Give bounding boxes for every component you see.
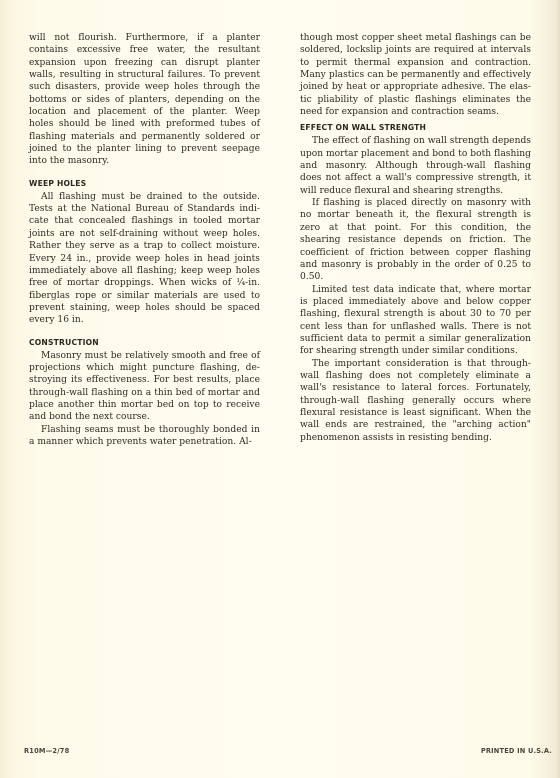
- wall-strength-paragraph-2: If flashing is placed directly on masonr…: [300, 197, 531, 283]
- effect-on-wall-strength-heading: EFFECT ON WALL STRENGTH: [300, 122, 531, 134]
- intro-paragraph: will not flourish. Furthermore, if a pla…: [29, 32, 260, 168]
- construction-paragraph-1: Masonry must be relatively smooth and fr…: [29, 350, 260, 424]
- document-code: R10M—2/78: [24, 747, 69, 755]
- left-column: will not flourish. Furthermore, if a pla…: [29, 32, 260, 448]
- construction-heading: CONSTRUCTION: [29, 337, 260, 349]
- construction-paragraph-2: Flashing seams must be thoroughly bonded…: [29, 424, 260, 449]
- wall-strength-paragraph-4: The important consideration is that thro…: [300, 358, 531, 444]
- printed-in-label: PRINTED IN U.S.A.: [481, 747, 552, 755]
- wall-strength-paragraph-1: The effect of flashing on wall strength …: [300, 135, 531, 197]
- right-column: though most copper sheet metal flashings…: [300, 32, 531, 444]
- wall-strength-paragraph-3: Limited test data indicate that, where m…: [300, 284, 531, 358]
- continued-paragraph: though most copper sheet metal flashings…: [300, 32, 531, 118]
- weep-holes-heading: WEEP HOLES: [29, 178, 260, 190]
- weep-holes-paragraph: All flashing must be drained to the outs…: [29, 191, 260, 327]
